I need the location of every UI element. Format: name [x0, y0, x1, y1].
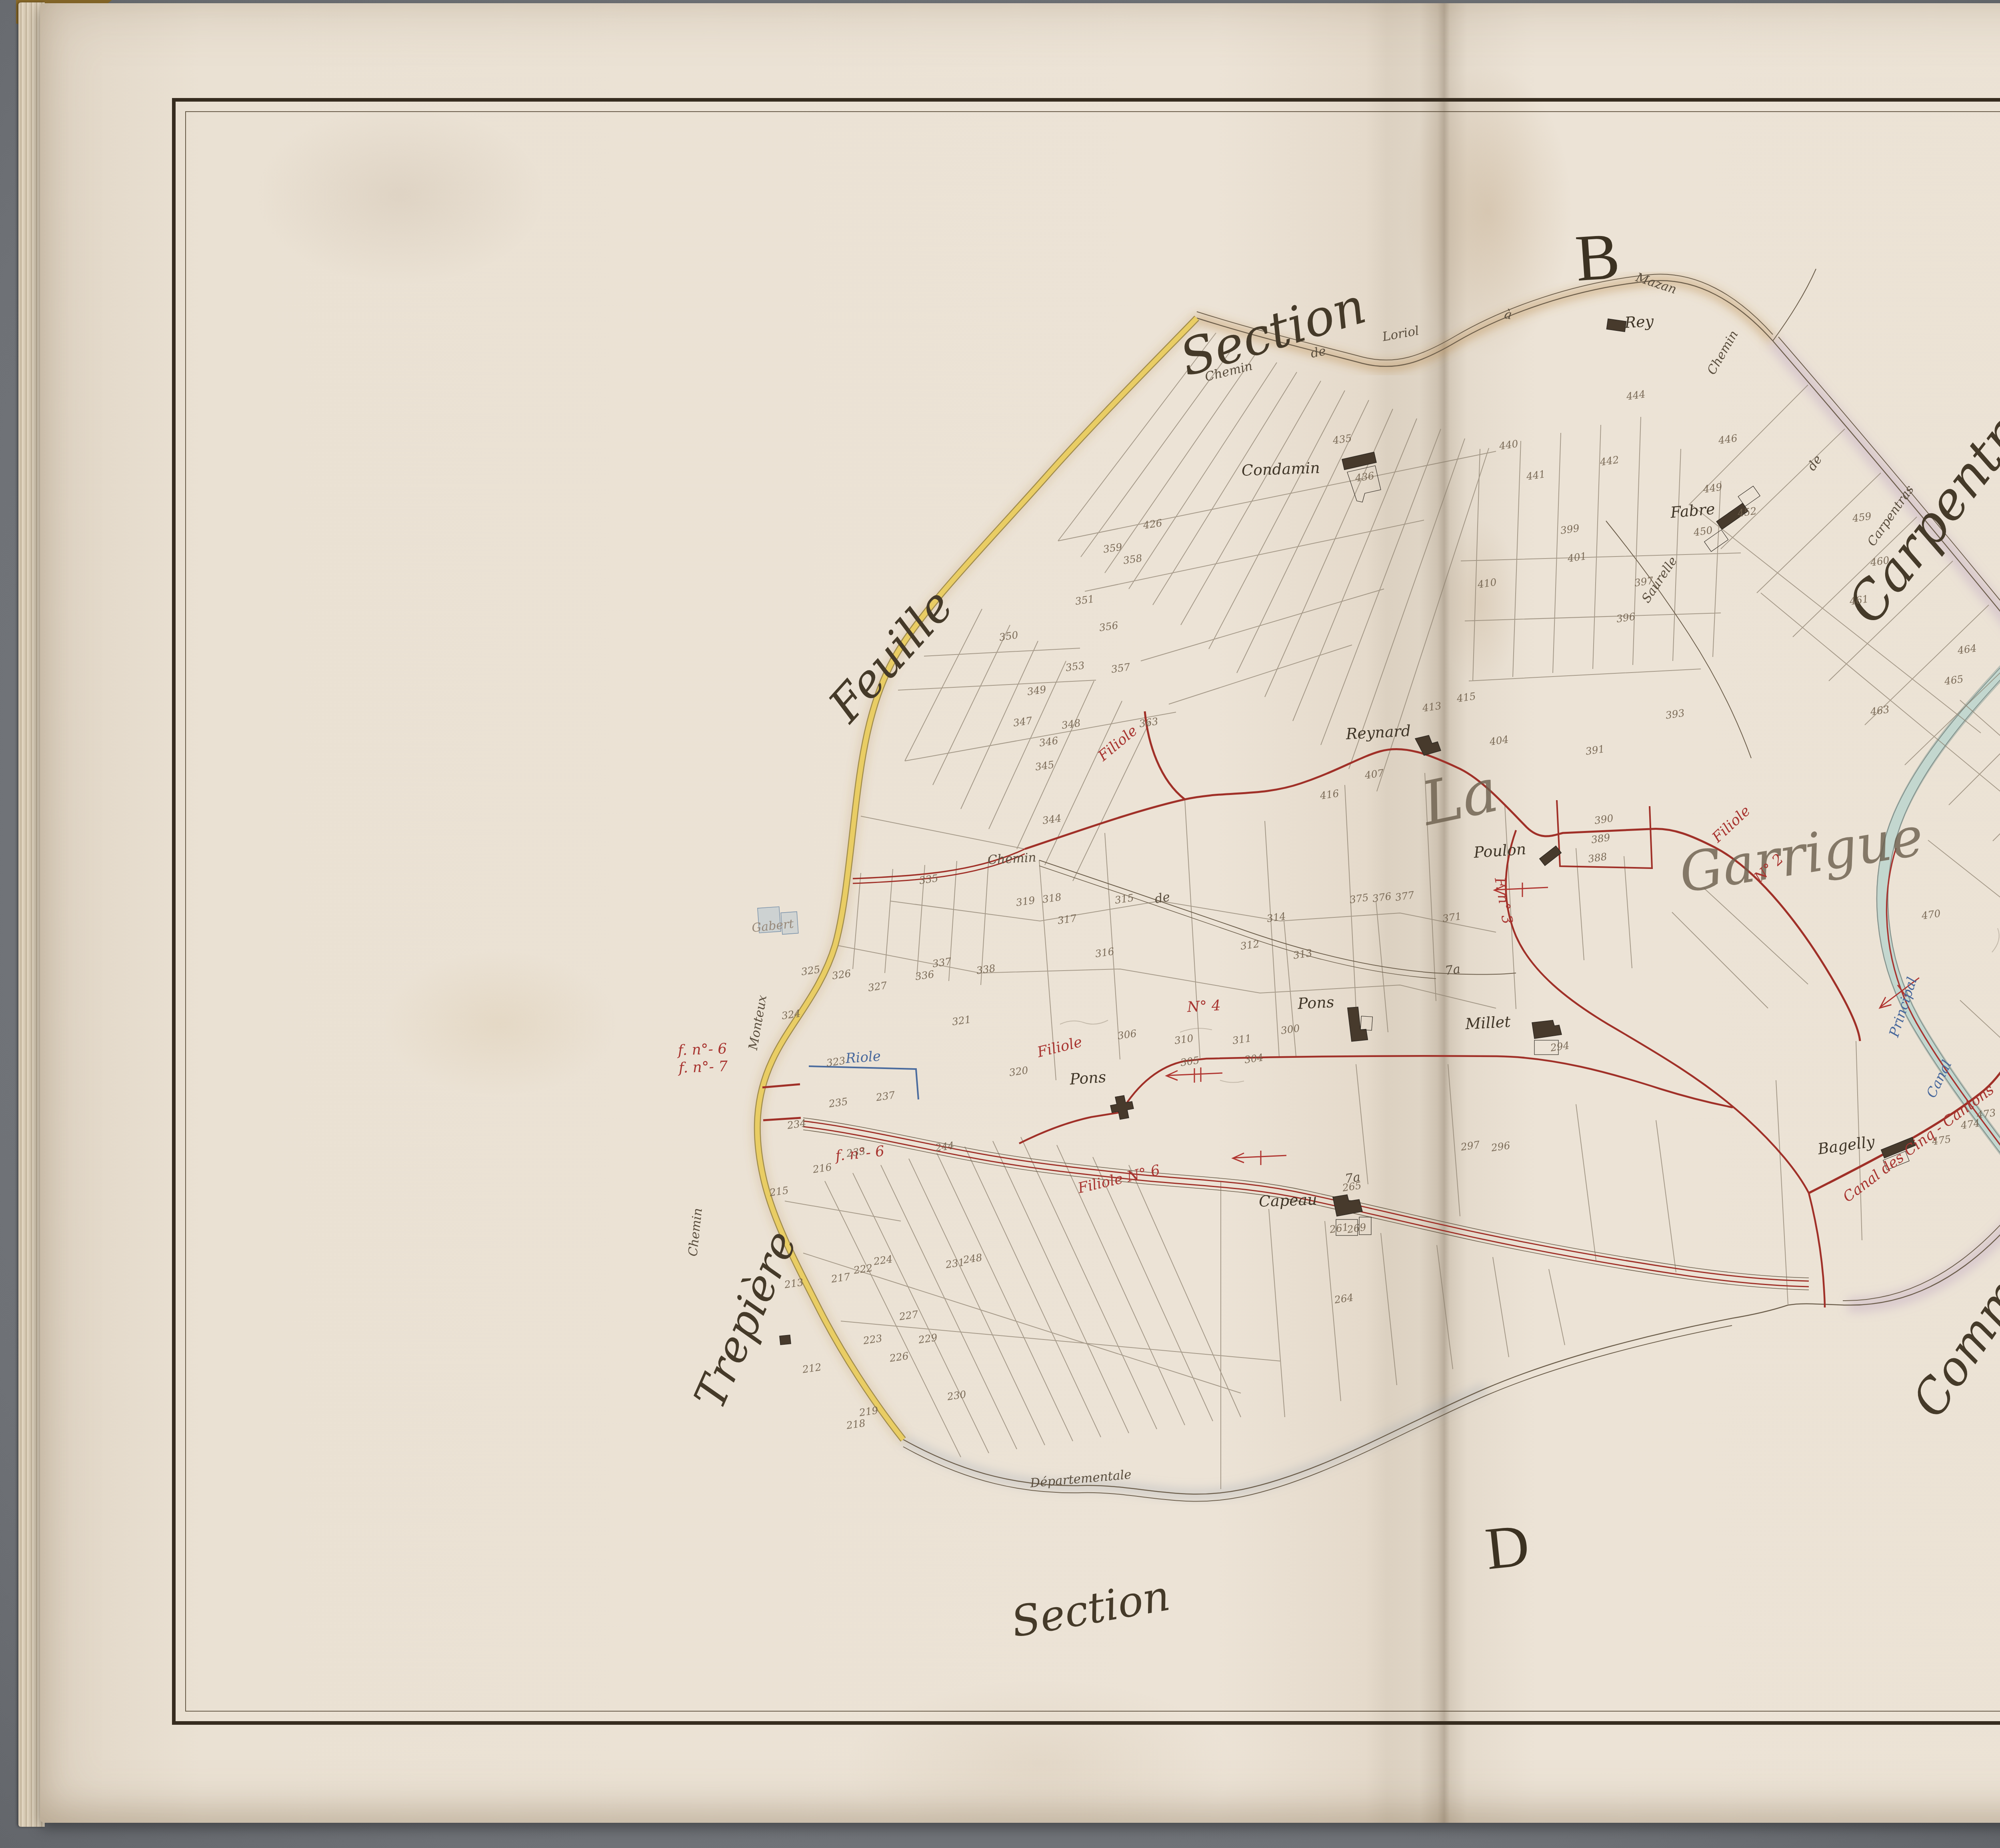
paper-spread: [40, 3, 2000, 1823]
photographed-atlas-page: { "palette":{"paper":"#eae1d3","ink":"#3…: [0, 0, 2000, 1848]
